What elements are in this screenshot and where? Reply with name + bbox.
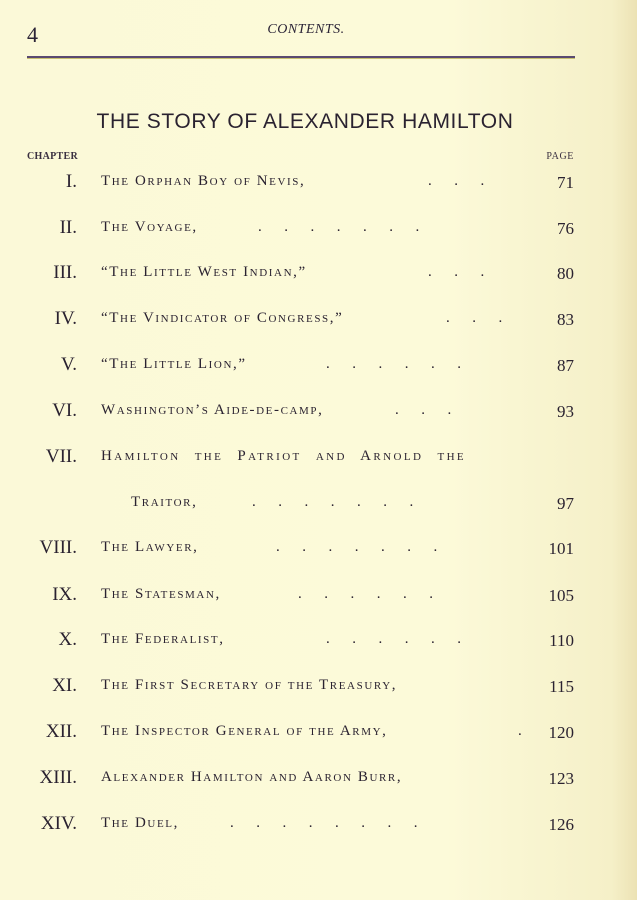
dot-leader: . . . <box>395 402 451 419</box>
page-ref: 120 <box>549 723 575 743</box>
dot-leader: . . . <box>446 310 502 327</box>
toc-entry: XIV. The Duel, . . . . . . . . 126 <box>0 813 637 843</box>
dot-leader: . . . . . . <box>326 631 461 648</box>
chapter-title: Washington’s Aide-de-camp, <box>101 402 324 419</box>
chapter-number: III. <box>53 262 77 284</box>
page-ref: 71 <box>557 173 574 193</box>
toc-entry: III. “The Little West Indian,” . . . 80 <box>0 262 637 292</box>
dot-leader: . . . . . . . <box>252 494 413 511</box>
chapter-column-heading: CHAPTER <box>27 151 78 162</box>
toc-entry: I. The Orphan Boy of Nevis, . . . 71 <box>0 171 637 201</box>
chapter-number: XII. <box>46 721 77 743</box>
chapter-title-continuation: Traitor, <box>131 494 197 511</box>
chapter-number: II. <box>60 217 77 239</box>
chapter-title: “The Little West Indian,” <box>101 264 307 281</box>
page-ref: 105 <box>549 586 575 606</box>
toc-entry: Traitor, . . . . . . . 97 <box>0 492 637 522</box>
chapter-title: The Orphan Boy of Nevis, <box>101 173 305 190</box>
header-rule <box>27 56 575 59</box>
chapter-title: The Voyage, <box>101 219 198 236</box>
toc-entry: XI. The First Secretary of the Treasury,… <box>0 675 637 705</box>
page-ref: 97 <box>557 494 574 514</box>
dot-leader: . . . <box>428 173 484 190</box>
toc-entry: IV. “The Vindicator of Congress,” . . . … <box>0 308 637 338</box>
page-ref: 110 <box>549 631 574 651</box>
page-ref: 115 <box>549 677 574 697</box>
page-ref: 93 <box>557 402 574 422</box>
dot-leader: . . . . . . . <box>276 539 437 556</box>
toc-entry: VI. Washington’s Aide-de-camp, . . . 93 <box>0 400 637 430</box>
chapter-title: The Inspector General of the Army, <box>101 723 387 740</box>
chapter-number: XIII. <box>40 767 77 789</box>
dot-leader: . . . <box>428 264 484 281</box>
chapter-number: XI. <box>52 675 77 697</box>
toc-entry: II. The Voyage, . . . . . . . 76 <box>0 217 637 247</box>
chapter-number: X. <box>59 629 77 651</box>
chapter-number: VI. <box>52 400 77 422</box>
chapter-number: XIV. <box>41 813 77 835</box>
page-column-heading: PAGE <box>546 151 574 162</box>
chapter-title: Alexander Hamilton and Aaron Burr, <box>101 769 402 786</box>
dot-leader: . . . . . . <box>326 356 461 373</box>
chapter-number: VIII. <box>40 537 77 559</box>
page-ref: 123 <box>549 769 575 789</box>
chapter-title: The First Secretary of the Treasury, <box>101 677 397 694</box>
toc-entry: VIII. The Lawyer, . . . . . . . 101 <box>0 537 637 567</box>
chapter-title: “The Vindicator of Congress,” <box>101 310 343 327</box>
dot-leader: . . . . . . <box>298 586 433 603</box>
chapter-number: VII. <box>46 446 77 468</box>
chapter-title: The Lawyer, <box>101 539 199 556</box>
chapter-title: “The Little Lion,” <box>101 356 247 373</box>
page-ref: 83 <box>557 310 574 330</box>
dot-leader: . <box>518 723 522 740</box>
page-ref: 101 <box>549 539 575 559</box>
dot-leader: . . . . . . . . <box>230 815 418 832</box>
page-ref: 126 <box>549 815 575 835</box>
section-title: THE STORY OF ALEXANDER HAMILTON <box>0 110 610 134</box>
toc-entry: V. “The Little Lion,” . . . . . . 87 <box>0 354 637 384</box>
chapter-title: The Duel, <box>101 815 179 832</box>
toc-entry: X. The Federalist, . . . . . . 110 <box>0 629 637 659</box>
chapter-number: V. <box>61 354 77 376</box>
page-ref: 87 <box>557 356 574 376</box>
chapter-title: The Federalist, <box>101 631 225 648</box>
toc-entry: VII. Hamilton the Patriot and Arnold the <box>0 446 637 476</box>
page-ref: 76 <box>557 219 574 239</box>
toc-entry: XIII. Alexander Hamilton and Aaron Burr,… <box>0 767 637 797</box>
chapter-number: I. <box>66 171 77 193</box>
chapter-number: IX. <box>52 584 77 606</box>
running-head: CONTENTS. <box>0 22 612 38</box>
toc-entry: IX. The Statesman, . . . . . . 105 <box>0 584 637 614</box>
page-ref: 80 <box>557 264 574 284</box>
toc-entry: XII. The Inspector General of the Army, … <box>0 721 637 751</box>
chapter-title: Hamilton the Patriot and Arnold the <box>101 448 466 465</box>
dot-leader: . . . . . . . <box>258 219 419 236</box>
chapter-number: IV. <box>55 308 77 330</box>
chapter-title: The Statesman, <box>101 586 221 603</box>
